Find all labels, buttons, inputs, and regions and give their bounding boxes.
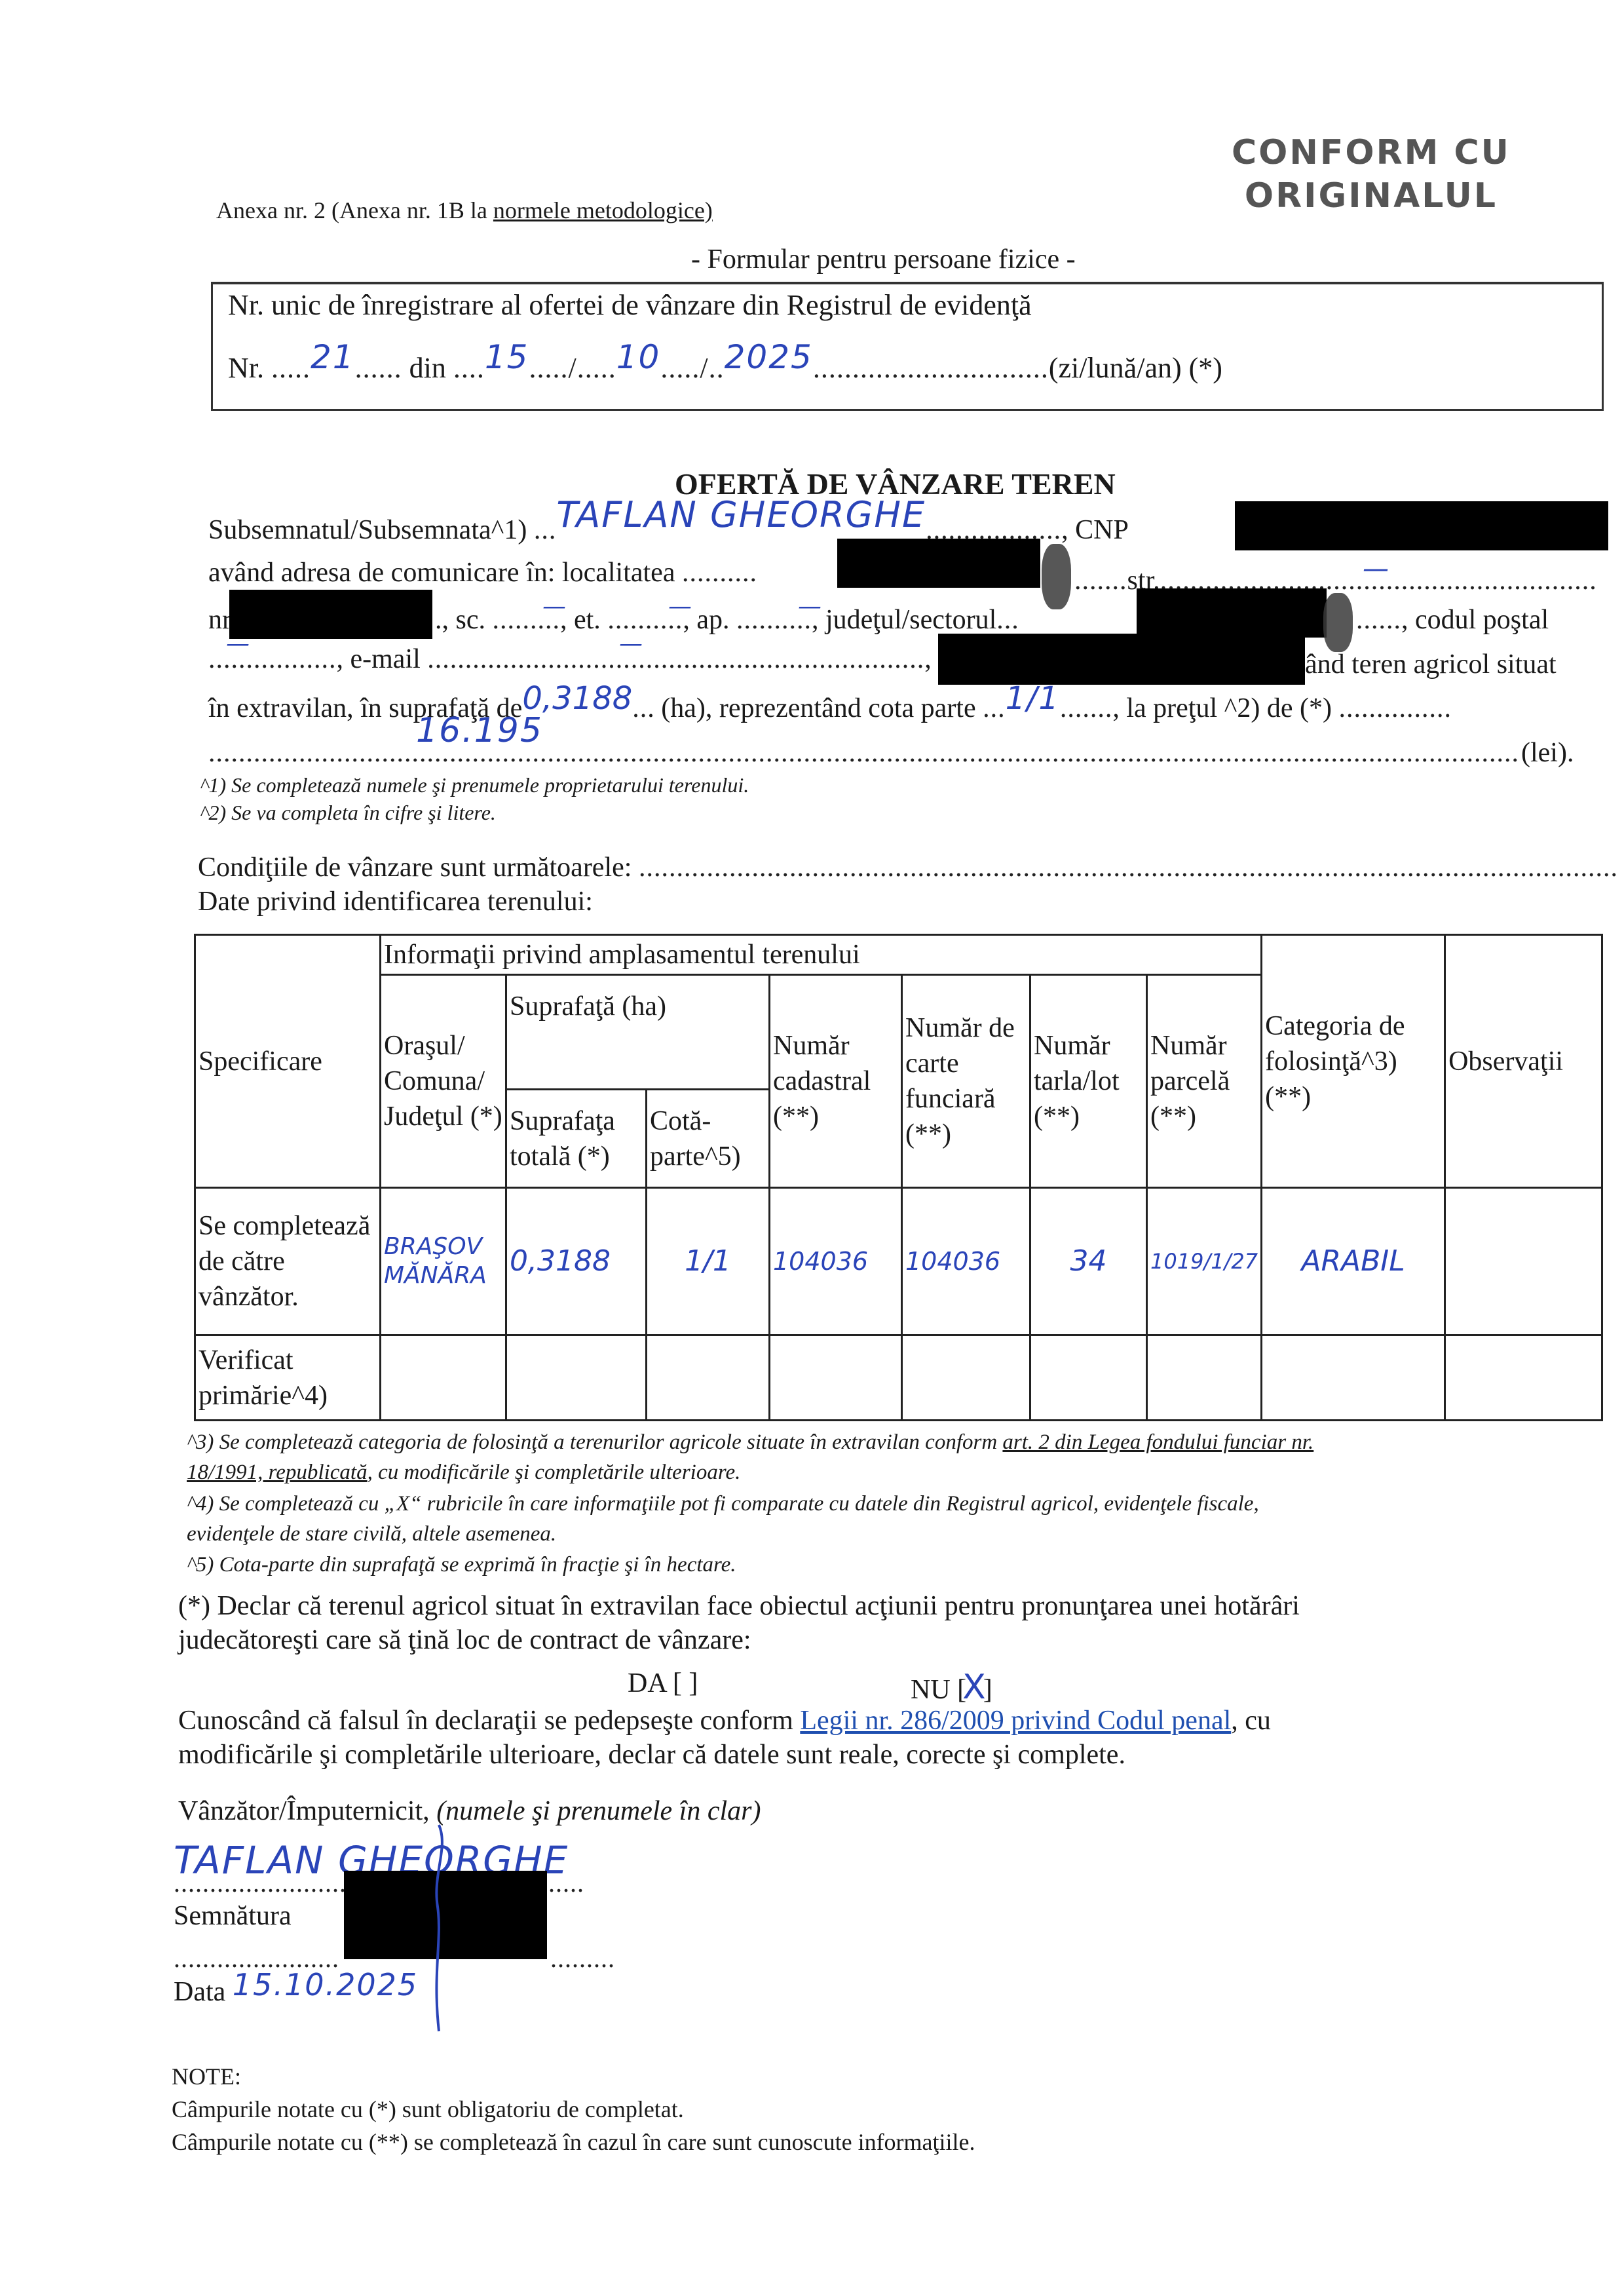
land-identification-label: Date privind identificarea terenului:: [198, 886, 593, 917]
land-owner-text: ând teren agricol situat: [1305, 649, 1557, 680]
footnote-3: ^3) Se completează categoria de folosinţ…: [187, 1427, 1313, 1487]
cell-observations[interactable]: [1445, 1335, 1602, 1421]
header-parcel: Număr parcelă (**): [1147, 975, 1262, 1188]
header-observations: Observaţii: [1445, 935, 1602, 1188]
cell-cadastral[interactable]: [770, 1335, 902, 1421]
cell-parcel[interactable]: 1019/1/27: [1147, 1188, 1262, 1335]
cell-total-area[interactable]: [506, 1335, 647, 1421]
address-line: având adresa de comunicare în: localitat…: [208, 557, 757, 588]
redacted-locality: [837, 539, 1040, 588]
annex-reference: Anexa nr. 2 (Anexa nr. 1B la normele met…: [216, 197, 713, 224]
currency-label: (lei).: [1521, 737, 1574, 769]
email-value[interactable]: —: [619, 630, 644, 657]
redacted-county: [1137, 588, 1327, 638]
date-line: Data 15.10.2025: [174, 1972, 418, 2008]
cell-category[interactable]: [1262, 1335, 1445, 1421]
seller-name[interactable]: TAFLAN GHEORGHE: [556, 494, 926, 535]
cell-tarla[interactable]: 34: [1030, 1188, 1147, 1335]
contact-line: ................., e-mail ..............…: [208, 643, 973, 675]
table-row: Se completează de către vânzător. BRAŞOV…: [195, 1188, 1602, 1335]
signature-stroke: [419, 1822, 459, 2038]
cell-share[interactable]: 1/1: [647, 1188, 770, 1335]
sale-conditions-line: Condiţiile de vânzare sunt următoarele: …: [198, 852, 1618, 883]
form-type: - Formular pentru persoane fizice -: [691, 244, 1076, 275]
row-label-verified: Verificat primărie^4): [195, 1335, 381, 1421]
street-value[interactable]: —: [1363, 554, 1390, 584]
methodology-link[interactable]: normele metodologice): [493, 197, 713, 223]
etaj-value[interactable]: —: [668, 593, 693, 620]
option-nu[interactable]: NU [X]: [911, 1668, 992, 1707]
header-locality: Oraşul/ Comuna/ Judeţul (*): [381, 975, 506, 1188]
certified-copy-stamp: CONFORM CU ORIGINALUL: [1232, 131, 1511, 218]
cell-locality[interactable]: [381, 1335, 506, 1421]
penal-code-link[interactable]: Legii nr. 286/2009 privind Codul penal: [800, 1706, 1231, 1736]
footnote-5: ^5) Cota-parte din suprafaţă se exprimă …: [187, 1553, 736, 1577]
signature-label: Semnătura: [174, 1900, 292, 1932]
seller-label: Vânzător/Împuternicit, (numele şi prenum…: [178, 1795, 761, 1827]
signature-date[interactable]: 15.10.2025: [233, 1967, 418, 2002]
postal-code-value[interactable]: —: [226, 630, 251, 657]
registration-number-line: Nr. .....21...... din ....15...../.....1…: [228, 347, 1222, 385]
cell-tarla[interactable]: [1030, 1335, 1147, 1421]
header-area-ha: Suprafaţă (ha): [506, 975, 770, 1090]
registration-day[interactable]: 15: [485, 338, 529, 376]
header-tarla: Număr tarla/lot (**): [1030, 975, 1147, 1188]
notes-title: NOTE:: [172, 2063, 241, 2090]
penal-statement: Cunoscând că falsul în declaraţii se ped…: [178, 1704, 1271, 1772]
cell-cadastral[interactable]: 104036: [770, 1188, 902, 1335]
row-label-seller: Se completează de către vânzător.: [195, 1188, 381, 1335]
notes-optional: Câmpurile notate cu (**) se completează …: [172, 2128, 975, 2156]
header-cadastral: Număr cadastral (**): [770, 975, 902, 1188]
cell-total-area[interactable]: 0,3188: [506, 1188, 647, 1335]
land-law-link-cont[interactable]: 18/1991, republicată: [187, 1461, 368, 1484]
header-location-group: Informaţii privind amplasamentul terenul…: [381, 935, 1262, 975]
header-category: Categoria de folosinţă^3) (**): [1262, 935, 1445, 1188]
header-total-area: Suprafaţa totală (*): [506, 1090, 647, 1188]
land-law-link[interactable]: art. 2 din Legea fondului funciar nr.: [1002, 1430, 1313, 1454]
scara-value[interactable]: —: [542, 593, 567, 620]
footnote-2: ^2) Se va completa în cifre şi litere.: [200, 801, 496, 825]
option-da[interactable]: DA [ ]: [628, 1668, 698, 1699]
registration-number[interactable]: 21: [311, 338, 355, 376]
cell-land-book[interactable]: 104036: [902, 1188, 1030, 1335]
declaration-text: (*) Declar că terenul agricol situat în …: [178, 1589, 1300, 1657]
registration-year[interactable]: 2025: [725, 338, 813, 376]
header-land-book: Număr de carte funciară (**): [902, 975, 1030, 1188]
cell-parcel[interactable]: [1147, 1335, 1262, 1421]
notes-required: Câmpurile notate cu (*) sunt obligatoriu…: [172, 2095, 684, 2123]
header-specificare: Specificare: [195, 935, 381, 1188]
cell-share[interactable]: [647, 1335, 770, 1421]
registration-label: Nr. unic de înregistrare al ofertei de v…: [228, 288, 1032, 322]
redacted-number: [229, 590, 432, 639]
footnote-1: ^1) Se completează numele şi prenumele p…: [200, 773, 749, 797]
registration-month[interactable]: 10: [616, 338, 661, 376]
cell-locality[interactable]: BRAŞOV MĂNĂRA: [381, 1188, 506, 1335]
land-identification-table: Specificare Informaţii privind amplasame…: [194, 934, 1603, 1421]
cell-observations[interactable]: [1445, 1188, 1602, 1335]
share-value[interactable]: 1/1: [1006, 680, 1060, 717]
area-line: în extravilan, în suprafaţă de0,3188... …: [208, 688, 1452, 725]
redacted-phone: [938, 634, 1305, 685]
footnote-4: ^4) Se completează cu „X“ rubricile în c…: [187, 1489, 1259, 1549]
cell-category[interactable]: ARABIL: [1262, 1188, 1445, 1335]
redacted-cnp: [1235, 501, 1608, 550]
cell-land-book[interactable]: [902, 1335, 1030, 1421]
apartament-value[interactable]: —: [798, 593, 823, 620]
header-share: Cotă- parte^5): [647, 1090, 770, 1188]
table-row: Verificat primărie^4): [195, 1335, 1602, 1421]
